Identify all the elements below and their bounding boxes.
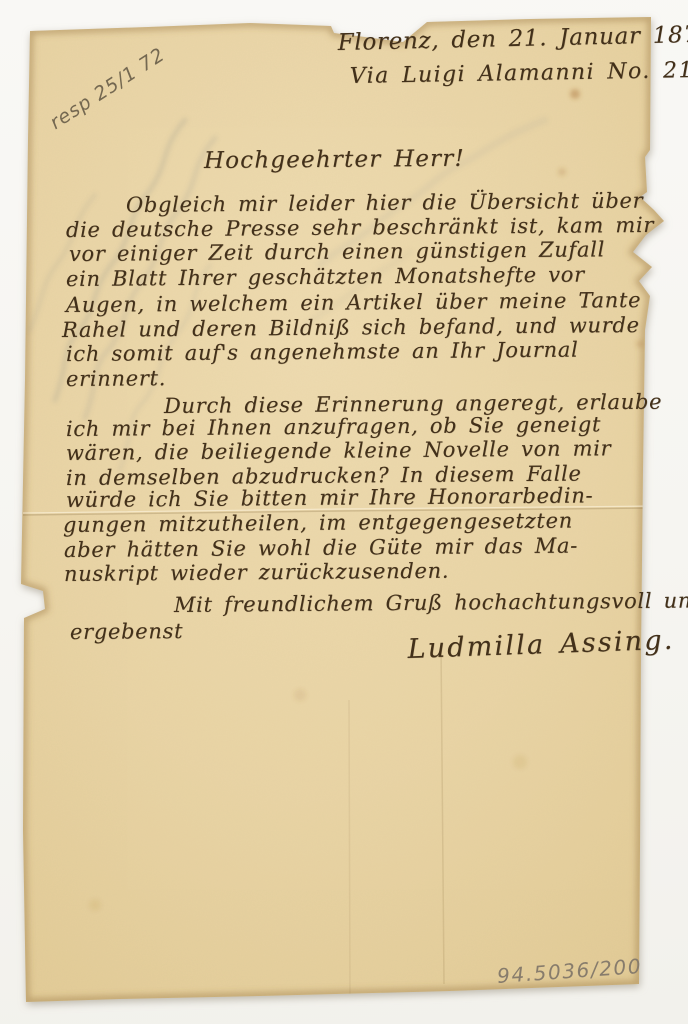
closing-line: Mit freundlichem Gruß hochachtungsvoll u… (174, 590, 688, 616)
letter-dateline: Florenz, den 21. Januar 1872 (337, 23, 688, 55)
letter-address-line: Via Luigi Alamanni No. 21. (350, 60, 688, 88)
letter-line: wären, die beiliegende kleine Novelle vo… (66, 438, 612, 464)
letter-line: Obgleich mir leider hier die Übersicht ü… (126, 190, 644, 216)
letter-line: ich somit auf's angenehmste an Ihr Journ… (66, 340, 579, 365)
salutation-line: Hochgeehrter Herr! (204, 148, 465, 173)
closing-line: ergebenst (70, 621, 183, 643)
letter-line: ein Blatt Ihrer geschätzten Monatshefte … (66, 264, 585, 290)
letter-text-layer: Florenz, den 21. Januar 1872 Via Luigi A… (0, 0, 688, 1024)
letter-line: würde ich Sie bitten mir Ihre Honorarbed… (66, 485, 594, 511)
letter-line: Augen, in welchem ein Artikel über meine… (66, 290, 641, 316)
letter-line: gungen mitzutheilen, im entgegengesetzte… (63, 511, 573, 536)
inventory-number: 94.5036/200 (496, 954, 643, 988)
signature-line: Ludmilla Assing. (407, 627, 675, 663)
letter-line: aber hätten Sie wohl die Güte mir das Ma… (64, 536, 578, 561)
letter-line: erinnert. (66, 368, 166, 390)
letter-line: nuskript wieder zurückzusenden. (64, 561, 449, 585)
scan-background: Florenz, den 21. Januar 1872 Via Luigi A… (0, 0, 688, 1024)
letter-line: vor einiger Zeit durch einen günstigen Z… (69, 239, 605, 265)
archival-note: resp 25/1 72 (46, 43, 169, 134)
